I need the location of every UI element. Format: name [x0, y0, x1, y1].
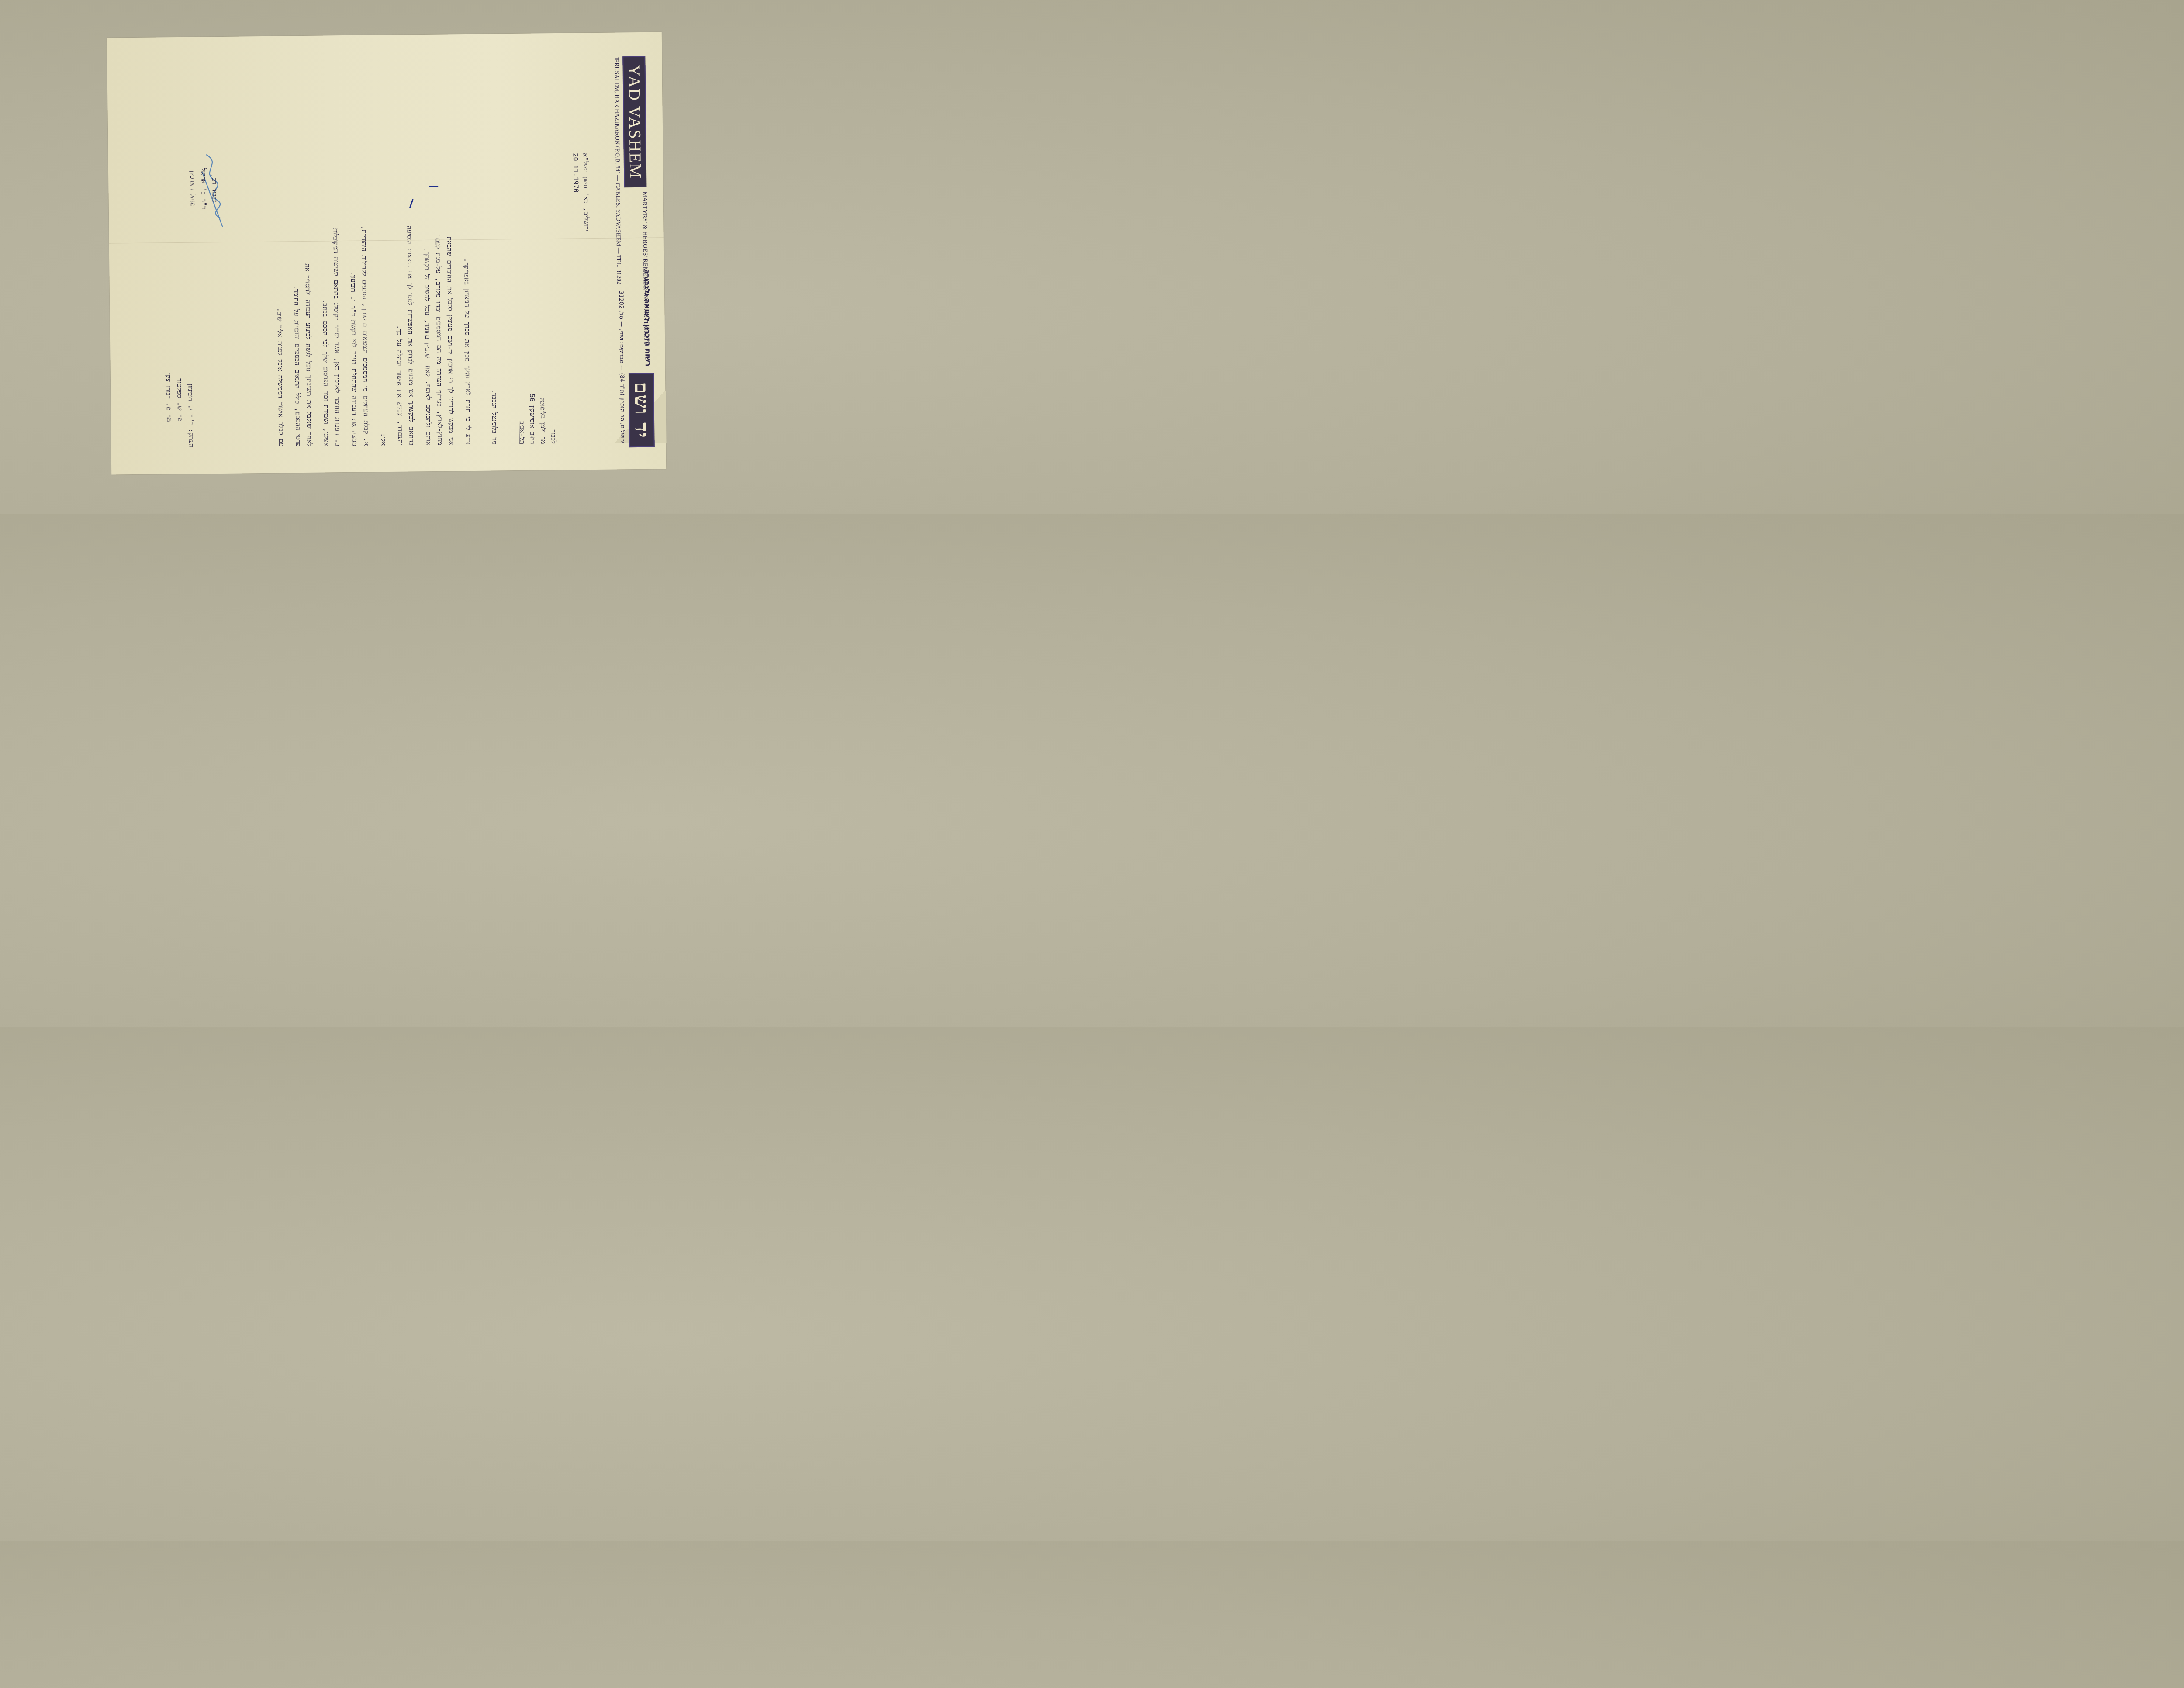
body-line: א. קבלת העתקים מן המסמכים הנמצאים ברשותך…: [359, 70, 370, 446]
signatory-title: מנהל הארכיון: [189, 168, 196, 209]
recipient-address-block: לכבוד מר זלמן בלומנטל רחוב אוסישקין 56 ת…: [514, 394, 556, 444]
body-paragraph-8: עם קבלת אישור הממשלה אוכל לפנות אליך שוב…: [274, 71, 284, 447]
closing: בכבוד רב,: [211, 168, 218, 209]
letter-page-content: יד ושם רשות הזכרון לשואה ולגבורה YAD VAS…: [107, 32, 666, 474]
body-paragraph-7: לאחר שנקבל את תשובתך נוכל לגשת לביצוע הע…: [291, 71, 313, 446]
body-line: אותם ולהכניסם לאוסף. לאחר שנעיין בחומר, …: [422, 69, 432, 445]
letterhead: יד ושם רשות הזכרון לשואה ולגבורה YAD VAS…: [596, 32, 666, 470]
body-line: לאחר שנקבל את תשובתך נוכל לגשת לביצוע הע…: [302, 71, 313, 446]
cc-line-1: העתק: ד"ר י. רובינזון: [187, 373, 194, 448]
body-line: והעבודה, ונבקש את אישור הנהלה על כך.: [393, 70, 404, 446]
recipient-name: מר זלמן בלומנטל: [539, 394, 546, 444]
body-paragraph-3: בהתאם לבקשתך אנו מוכנים לבדוק את האפשרות…: [393, 69, 415, 445]
body-line: עם קבלת אישור הממשלה אוכל לפנות אליך שוב…: [274, 71, 284, 447]
recipient-city: תל-אביב: [518, 394, 525, 444]
body-line: אצלנו, ושמירת זכות הפרסום שלך לפי הסכם ב…: [319, 70, 330, 446]
cc-recipient: מר ש. ספקטור: [176, 373, 183, 448]
body-line: אלו:: [376, 70, 387, 446]
body-line: בהתאם לבקשתך אנו מוכנים לבדוק את האפשרות…: [404, 69, 415, 445]
body-item-b: ב. העברת החומר לארכיון כאן, אשר יסודר וי…: [319, 70, 341, 446]
signatory-name: ד"ר ב' אריאל: [200, 168, 207, 209]
yad-vashem-hebrew-logo: יד ושם: [629, 373, 655, 448]
body-paragraph-1: נודע לי כי חזרת לארץ והינך מכין את ספרך …: [461, 69, 472, 445]
cc-label: העתק:: [187, 429, 195, 448]
signature-block: בכבוד רב, ד"ר ב' אריאל מנהל הארכיון: [185, 168, 218, 209]
body-line: ממצה את העבודה שהתחלת בעבר לפי בקשת ד"ר …: [348, 70, 358, 446]
yad-vashem-english-logo: YAD VASHEM: [622, 56, 646, 188]
letter-greeting: מר בלומנטל הנכבד,: [491, 389, 498, 445]
hebrew-date: ירושלים, כא' חשון תשל"א: [582, 153, 590, 232]
letter-paper: יד ושם רשות הזכרון לשואה ולגבורה YAD VAS…: [107, 32, 666, 474]
recipient-salutation: לכבוד: [549, 394, 556, 444]
pen-correction-mark: [429, 186, 438, 187]
body-item-a: א. קבלת העתקים מן המסמכים הנמצאים ברשותך…: [348, 70, 370, 446]
authority-name-english: MARTYRS' & HEROES' REMEMBRANCE AUTHORITY: [641, 192, 650, 346]
cc-block: העתק: ד"ר י. רובינזון מר ש. ספקטור מר מ.…: [161, 373, 194, 448]
body-paragraph-4: אלו:: [376, 70, 387, 446]
gregorian-date: 20.11.1970: [572, 153, 580, 232]
recipient-street: רחוב אוסישקין 56: [529, 394, 536, 444]
body-line: ב. העברת החומר לארכיון כאן, אשר יסודר וי…: [331, 70, 341, 446]
address-hebrew: ירושלים, הר הזכרון (ת"ד 84) — מברקים: וש…: [618, 291, 626, 443]
body-line: פרטי ההסכם, כולל התנאים הכספיים והזכויות…: [291, 71, 301, 446]
body-line: אני מבקש להודיע לך כי ארכיון יד-ושם מעונ…: [444, 69, 455, 445]
body-line: מחוץ-לארץ, בצירוף הצהרה מה הם המסמכים ומ…: [433, 69, 443, 445]
cc-recipient: מר מ. דבורז'צקי: [165, 373, 173, 448]
address-english: JERUSALEM, HAR HAZIKARON (P.O.B. 84) — C…: [613, 56, 622, 284]
body-line: נודע לי כי חזרת לארץ והינך מכין את ספרך …: [461, 69, 472, 445]
letter-date: ירושלים, כא' חשון תשל"א 20.11.1970: [569, 153, 590, 232]
cc-recipient: ד"ר י. רובינזון: [187, 384, 195, 425]
body-paragraph-2: אני מבקש להודיע לך כי ארכיון יד-ושם מעונ…: [422, 69, 455, 445]
letter-body: נודע לי כי חזרת לארץ והינך מכין את ספרך …: [263, 69, 472, 447]
